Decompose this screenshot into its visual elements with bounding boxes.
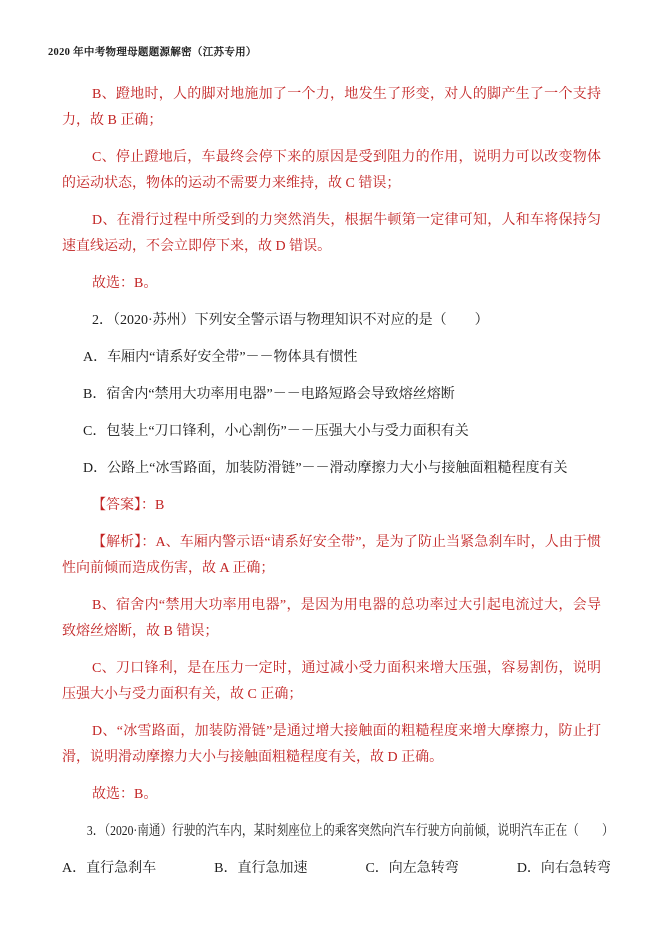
q2-stem: 2．（2020·苏州）下列安全警示语与物理知识不对应的是（ ） — [62, 308, 601, 334]
q3-option-a: A．直行急刹车 — [62, 856, 156, 882]
q2-analysis-option-b: B、宿舍内“禁用大功率用电器”，是因为用电器的总功率过大引起电流过大，会导致熔丝… — [62, 593, 601, 645]
q2-option-d: D．公路上“冰雪路面，加装防滑链”－－滑动摩擦力大小与接触面粗糙程度有关 — [62, 456, 601, 482]
q1-conclusion: 故选：B。 — [62, 271, 601, 297]
q3-option-c: C．向左急转弯 — [365, 856, 458, 882]
q1-analysis-option-c: C、停止蹬地后，车最终会停下来的原因是受到阻力的作用，说明力可以改变物体的运动状… — [62, 145, 601, 197]
q3-option-b: B．直行急加速 — [214, 856, 307, 882]
q2-option-b: B．宿舍内“禁用大功率用电器”－－电路短路会导致熔丝熔断 — [62, 382, 601, 408]
q2-analysis-option-c: C、刀口锋利，是在压力一定时，通过减小受力面积来增大压强，容易割伤，说明压强大小… — [62, 656, 601, 708]
q1-analysis-option-d: D、在滑行过程中所受到的力突然消失，根据牛顿第一定律可知，人和车将保持匀速直线运… — [62, 208, 601, 260]
document-page: 2020 年中考物理母题题源解密（江苏专用） B、蹬地时，人的脚对地施加了一个力… — [0, 0, 661, 935]
q2-analysis-option-d: D、“冰雪路面，加装防滑链”是通过增大接触面的粗糙程度来增大摩擦力，防止打滑，说… — [62, 719, 601, 771]
q1-analysis-option-b: B、蹬地时，人的脚对地施加了一个力，地发生了形变，对人的脚产生了一个支持力，故 … — [62, 82, 601, 134]
q2-answer-label: 【答案】：B — [62, 493, 601, 519]
document-content: B、蹬地时，人的脚对地施加了一个力，地发生了形变，对人的脚产生了一个支持力，故 … — [62, 82, 601, 893]
document-header-title: 2020 年中考物理母题题源解密（江苏专用） — [48, 44, 257, 59]
q3-options-row: A．直行急刹车 B．直行急加速 C．向左急转弯 D．向右急转弯 — [62, 856, 601, 882]
q2-conclusion: 故选：B。 — [62, 782, 601, 808]
q3-stem: 3．（2020·南通）行驶的汽车内，某时刻座位上的乘客突然向汽车行驶方向前倾，说… — [62, 819, 509, 845]
q2-analysis-option-a: 【解析】：A、车厢内警示语“请系好安全带”，是为了防止当紧急刹车时，人由于惯性向… — [62, 530, 601, 582]
q3-option-d: D．向右急转弯 — [517, 856, 611, 882]
q2-option-c: C．包装上“刀口锋利，小心割伤”－－压强大小与受力面积有关 — [62, 419, 601, 445]
q2-option-a: A．车厢内“请系好安全带”－－物体具有惯性 — [62, 345, 601, 371]
